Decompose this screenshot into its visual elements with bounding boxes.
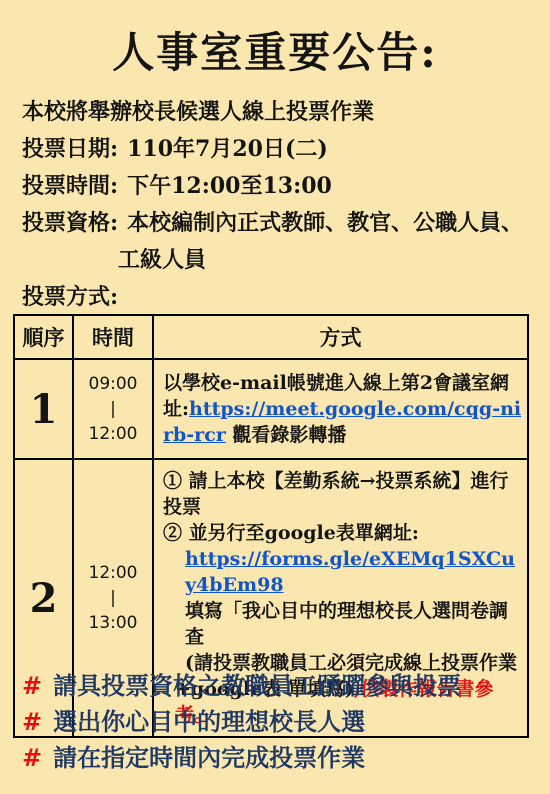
eligibility-value: 本校編制內正式教師、教官、公職人員、 xyxy=(127,210,523,236)
footer-notes: #請具投票資格之教職員工踴躍參與投票 #選出你心目中的理想校長人選 #請在指定時… xyxy=(22,668,542,776)
row2-survey-line: 填寫「我心目中的理想校長人選問卷調查 xyxy=(185,598,522,650)
vote-time-label: 投票時間: xyxy=(22,173,118,199)
row2-time-start: 12:00 xyxy=(74,561,152,586)
col-header-order: 順序 xyxy=(14,315,73,359)
col-header-method: 方式 xyxy=(153,315,528,359)
row1-method: 以學校e-mail帳號進入線上第2會議室網址:https://meet.goog… xyxy=(153,359,528,459)
row2-step-1: ① 請上本校【差勤系統→投票系統】進行投票 xyxy=(163,468,522,520)
eligibility-line-2: 工級人員 xyxy=(118,242,542,279)
page-title: 人事室重要公告: xyxy=(0,20,550,80)
row2-step-2: ② 並另行至google表單網址: xyxy=(163,520,522,546)
row1-order: 1 xyxy=(14,359,73,459)
row1-time-end: 12:00 xyxy=(74,422,152,447)
row2-time-separator: | xyxy=(74,586,152,611)
footer-note-1: #請具投票資格之教職員工踴躍參與投票 xyxy=(22,668,542,704)
footer-note-3-text: 請在指定時間內完成投票作業 xyxy=(53,743,365,772)
eligibility-line: 投票資格:本校編制內正式教師、教官、公職人員、 xyxy=(22,205,542,242)
vote-time-line: 投票時間:下午12:00至13:00 xyxy=(22,168,542,205)
method-label-line: 投票方式: xyxy=(22,279,542,316)
hash-icon: # xyxy=(22,671,42,700)
col-header-time: 時間 xyxy=(73,315,153,359)
announcement-page: 人事室重要公告: 本校將舉辦校長候選人線上投票作業 投票日期:110年7月20日… xyxy=(0,0,550,794)
row1-time-separator: | xyxy=(74,397,152,422)
hash-icon: # xyxy=(22,707,42,736)
vote-date-label: 投票日期: xyxy=(22,136,118,162)
table-row-1: 1 09:00 | 12:00 以學校e-mail帳號進入線上第2會議室網址:h… xyxy=(14,359,528,459)
info-block: 本校將舉辦校長候選人線上投票作業 投票日期:110年7月20日(二) 投票時間:… xyxy=(22,94,542,316)
table-header-row: 順序 時間 方式 xyxy=(14,315,528,359)
vote-time-value: 下午12:00至13:00 xyxy=(127,173,332,199)
footer-note-1-text: 請具投票資格之教職員工踴躍參與投票 xyxy=(53,671,461,700)
vote-date-line: 投票日期:110年7月20日(二) xyxy=(22,131,542,168)
intro-line: 本校將舉辦校長候選人線上投票作業 xyxy=(22,94,542,131)
row2-time-end: 13:00 xyxy=(74,611,152,636)
row1-time-start: 09:00 xyxy=(74,372,152,397)
row1-time: 09:00 | 12:00 xyxy=(73,359,153,459)
footer-note-2: #選出你心目中的理想校長人選 xyxy=(22,704,542,740)
row1-method-text-after: 觀看錄影轉播 xyxy=(226,424,347,446)
vote-date-value: 110年7月20日(二) xyxy=(127,136,328,162)
hash-icon: # xyxy=(22,743,42,772)
forms-link[interactable]: https://forms.gle/eXEMq1SXCuy4bEm98 xyxy=(185,548,515,596)
footer-note-3: #請在指定時間內完成投票作業 xyxy=(22,740,542,776)
footer-note-2-text: 選出你心目中的理想校長人選 xyxy=(53,707,365,736)
eligibility-label: 投票資格: xyxy=(22,210,118,236)
